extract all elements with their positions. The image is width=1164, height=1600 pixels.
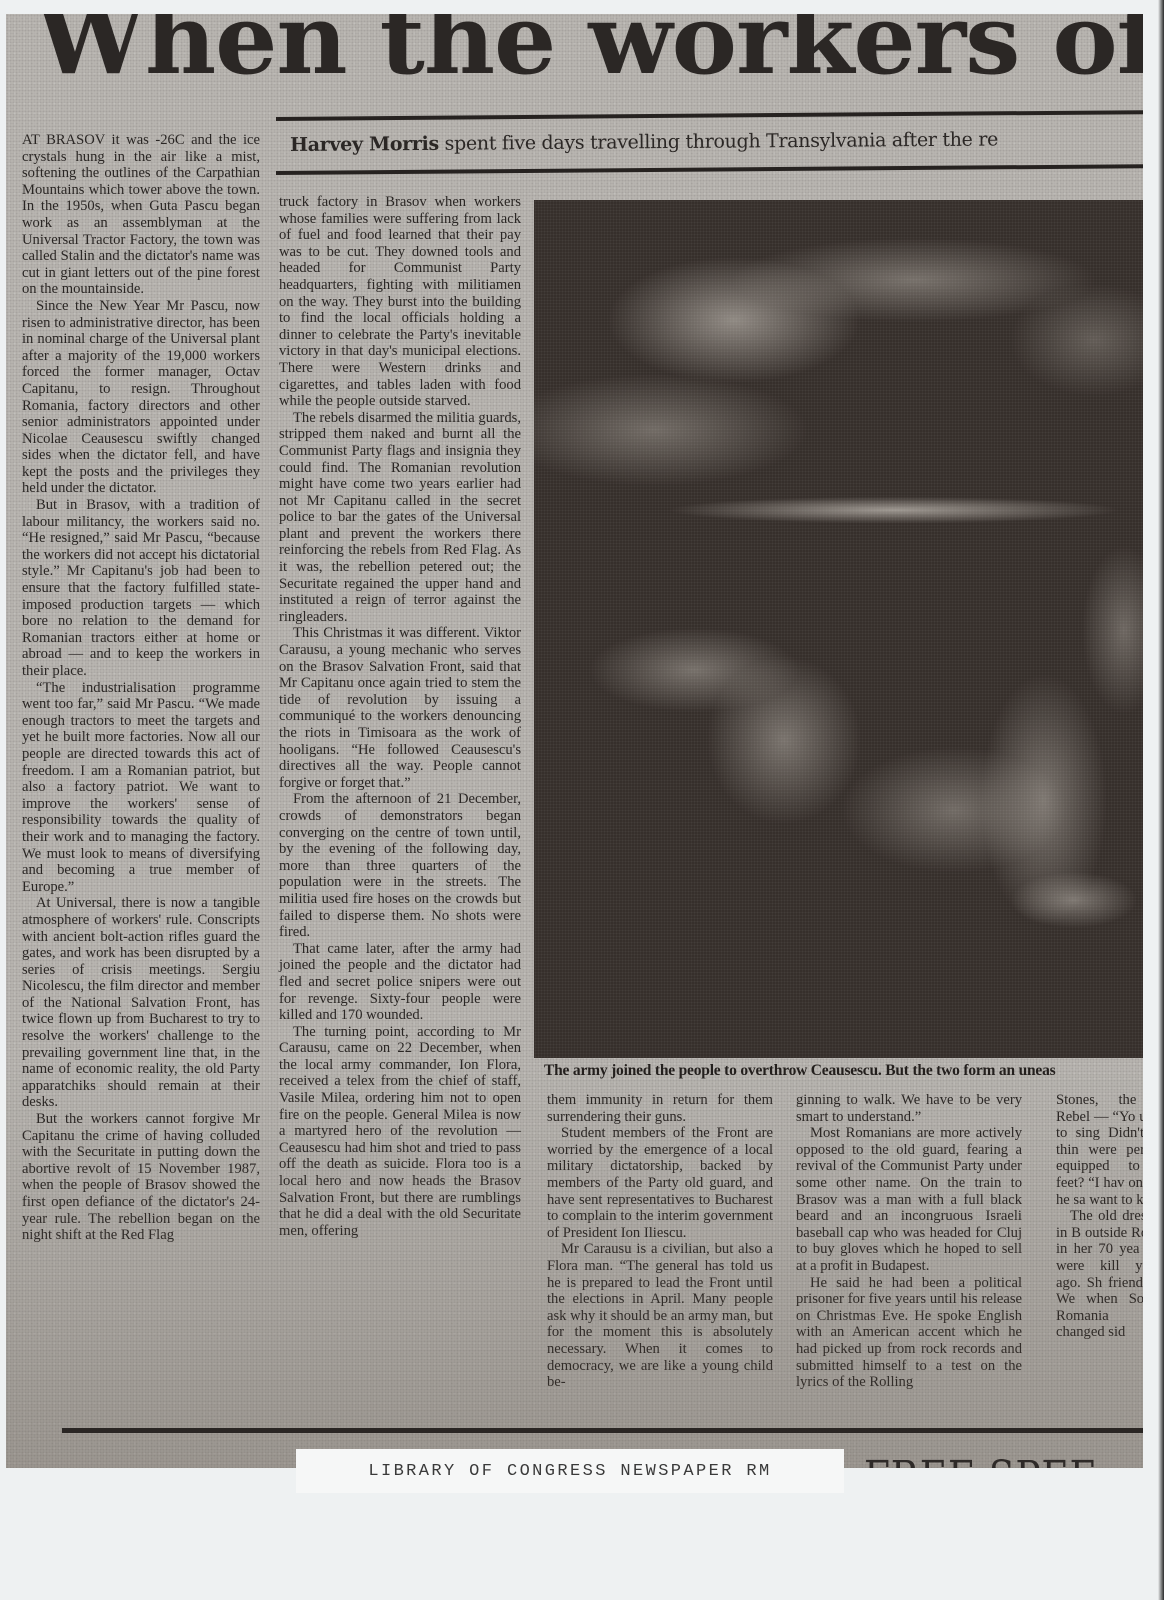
newspaper-clipping: When the workers of Harvey Morris spent … (6, 14, 1143, 1468)
paragraph: But in Brasov, with a tradition of labou… (22, 497, 260, 680)
standfirst-rule-top (276, 110, 1143, 121)
column-5-cropped: Stones, the B Rebel — “Yo used to sing D… (1051, 1086, 1143, 1414)
paragraph: At Universal, there is now a tangible at… (22, 895, 260, 1111)
paragraph: Since the New Year Mr Pascu, now risen t… (22, 298, 260, 497)
standfirst-rule-bottom (276, 164, 1143, 175)
paragraph: This Christmas it was different. Viktor … (279, 625, 521, 791)
bottom-rule (62, 1428, 1143, 1433)
paragraph: them immunity in return for them surrend… (547, 1092, 773, 1125)
standfirst: Harvey Morris spent five days travelling… (290, 128, 998, 156)
standfirst-text: spent five days travelling through Trans… (439, 128, 998, 154)
column-2: truck factory in Brasov when workers who… (274, 189, 529, 1414)
paragraph: The old dressed in B outside Roma in her… (1056, 1208, 1143, 1341)
archive-stamp: LIBRARY OF CONGRESS NEWSPAPER RM (296, 1449, 844, 1493)
column-4: ginning to walk. We have to be very smar… (791, 1086, 1027, 1414)
paragraph: truck factory in Brasov when workers who… (279, 194, 521, 410)
paragraph: Student members of the Front are worried… (547, 1125, 773, 1241)
paragraph: That came later, after the army had join… (279, 941, 521, 1024)
paragraph: The turning point, according to Mr Carau… (279, 1024, 521, 1240)
paragraph: From the afternoon of 21 December, crowd… (279, 791, 521, 940)
paragraph: But the workers cannot forgive Mr Capita… (22, 1111, 260, 1244)
scan-edge (1158, 0, 1164, 1600)
byline-author: Harvey Morris (290, 133, 439, 156)
paragraph: He said he had been a political prisoner… (796, 1275, 1022, 1391)
photo-caption: The army joined the people to overthrow … (544, 1062, 1055, 1080)
paragraph: Mr Carausu is a civilian, but also a Flo… (547, 1241, 773, 1390)
paragraph: AT BRASOV it was -26C and the ice crysta… (22, 132, 260, 298)
paragraph: ginning to walk. We have to be very smar… (796, 1092, 1022, 1125)
scan-margin (6, 1493, 1143, 1600)
headline: When the workers of (36, 14, 1143, 88)
column-3: them immunity in return for them surrend… (542, 1086, 778, 1414)
paragraph: The rebels disarmed the militia guards, … (279, 410, 521, 626)
column-1: AT BRASOV it was -26C and the ice crysta… (16, 129, 266, 1414)
paragraph: Stones, the B Rebel — “Yo used to sing D… (1056, 1092, 1143, 1208)
next-article-headline: FREE SPEE (864, 1452, 1098, 1468)
paragraph: Most Romanians are more actively opposed… (796, 1125, 1022, 1274)
article-photo (534, 200, 1143, 1058)
paragraph: “The industrialisation programme went to… (22, 680, 260, 896)
